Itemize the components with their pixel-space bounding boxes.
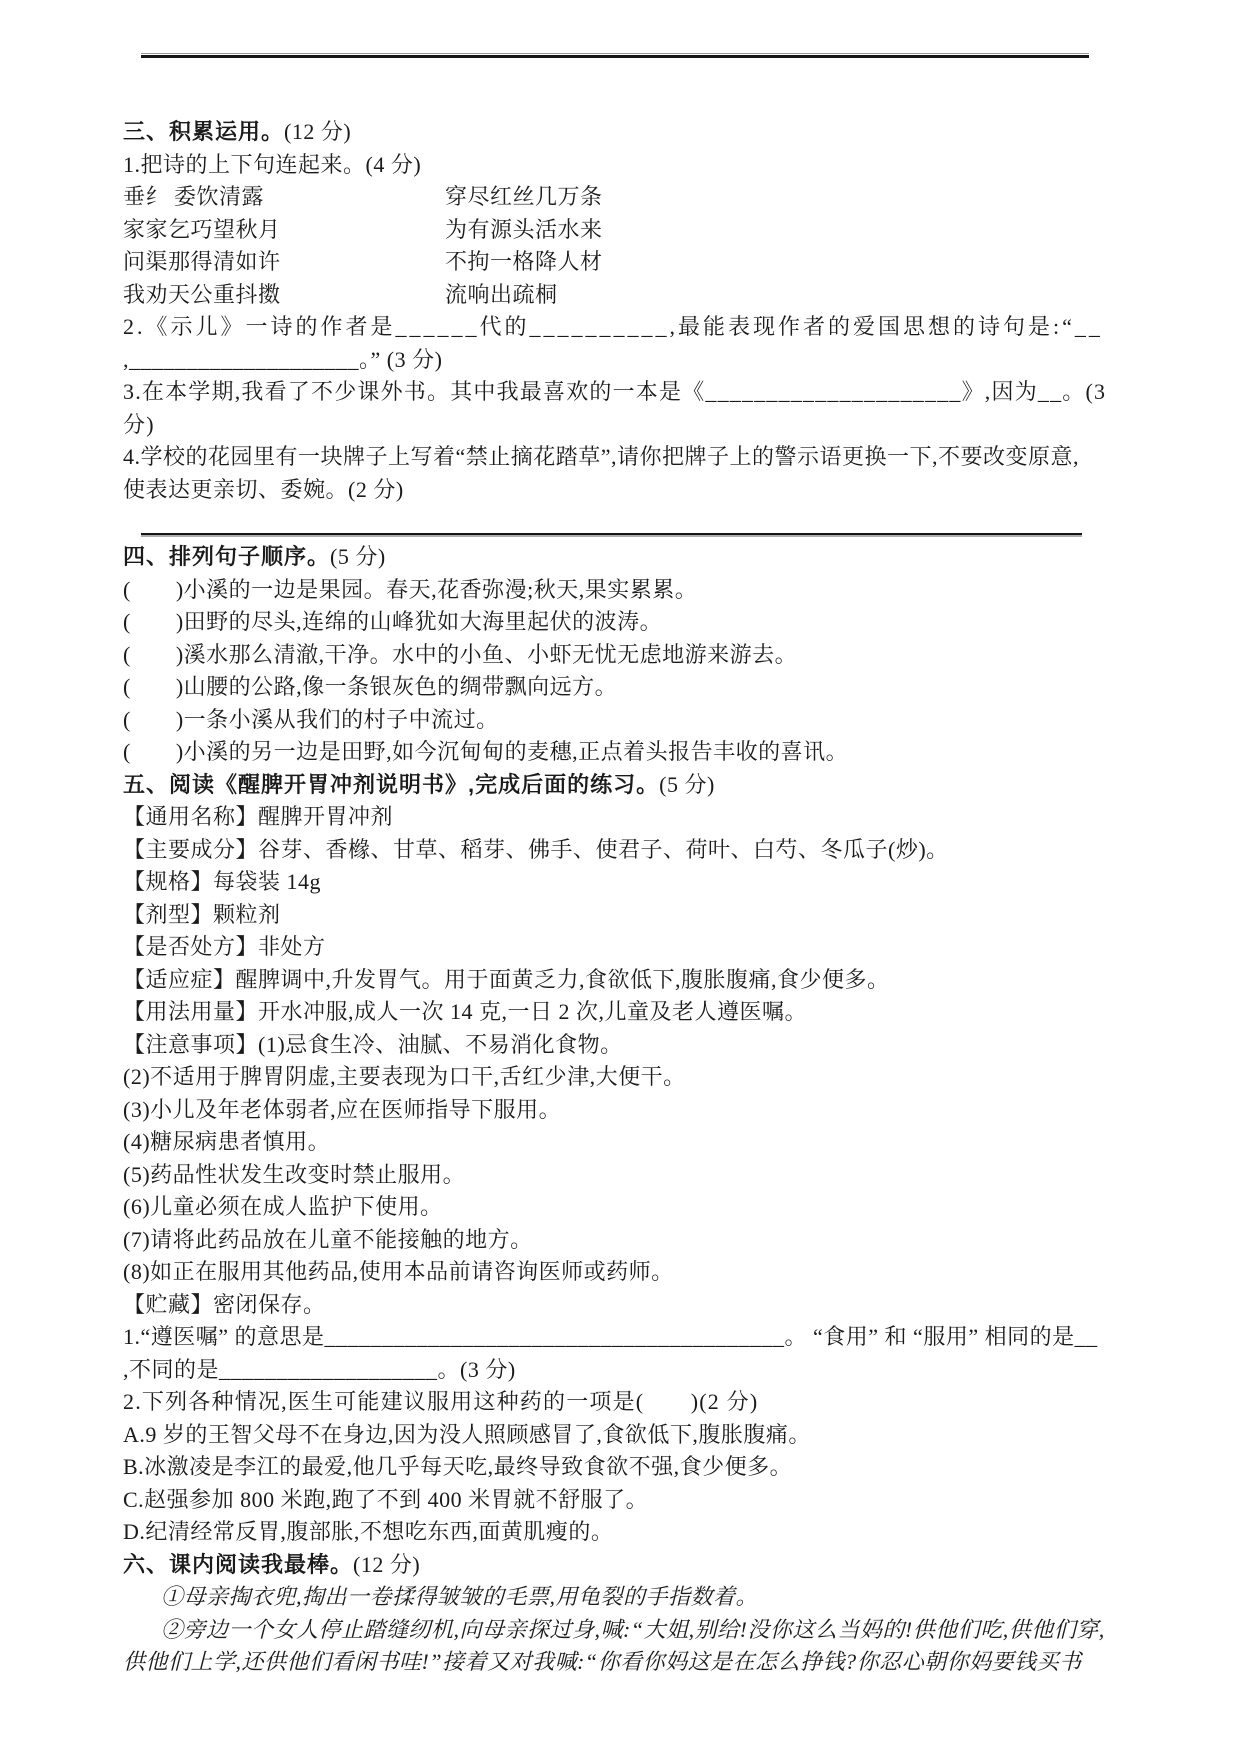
section-4-score: (5 分) <box>330 544 386 569</box>
spec-ingredients: 【主要成分】谷芽、香橼、甘草、稻芽、佛手、使君子、荷叶、白芍、冬瓜子(炒)。 <box>123 834 1115 867</box>
order-item-1: ( )田野的尽头,连绵的山峰犹如大海里起伏的波涛。 <box>123 606 1115 639</box>
section-5-heading: 五、阅读《醒脾开胃冲剂说明书》,完成后面的练习。(5 分) <box>123 769 1115 802</box>
poem-left-2: 问渠那得清如许 <box>123 246 445 279</box>
spec-note-5: (5)药品性状发生改变时禁止服用。 <box>123 1159 1115 1192</box>
order-item-2: ( )溪水那么清澈,干净。水中的小鱼、小虾无忧无虑地游来游去。 <box>123 639 1115 672</box>
page-top-rule <box>141 53 1089 58</box>
section-6-heading: 六、课内阅读我最棒。(12 分) <box>123 1549 1115 1582</box>
poem-right-0: 穿尽红丝几万条 <box>445 184 603 209</box>
spec-note-2: (2)不适用于脾胃阴虚,主要表现为口干,舌红少津,大便干。 <box>123 1061 1115 1094</box>
order-item-0: ( )小溪的一边是果园。春天,花香弥漫;秋天,果实累累。 <box>123 574 1115 607</box>
poem-match-row: 家家乞巧望秋月为有源头活水来 <box>123 214 1115 247</box>
spec-otc: 【是否处方】非处方 <box>123 931 1115 964</box>
q2-line1: 2.《示儿》一诗的作者是______代的__________,最能表现作者的爱国… <box>123 311 1115 344</box>
sec5-option-d: D.纪清经常反胃,腹部胀,不想吃东西,面黄肌瘦的。 <box>123 1516 1115 1549</box>
section-3-title: 三、积累运用。 <box>123 119 284 144</box>
sec5-q1-line2: ,不同的是___________________。(3 分) <box>123 1354 1115 1387</box>
reading-paragraph-2-line2: 供他们上学,还供他们看闲书哇!”接着又对我喊:“你看你妈这是在怎么挣钱?你忍心朝… <box>123 1646 1115 1679</box>
spec-note-1: 【注意事项】(1)忌食生冷、油腻、不易消化食物。 <box>123 1029 1115 1062</box>
order-item-4: ( )一条小溪从我们的村子中流过。 <box>123 704 1115 737</box>
poem-left-0: 垂纟 委饮清露 <box>123 181 445 214</box>
section-3-score: (12 分) <box>284 119 351 144</box>
spec-form: 【剂型】颗粒剂 <box>123 899 1115 932</box>
order-item-3: ( )山腰的公路,像一条银灰色的绸带飘向远方。 <box>123 671 1115 704</box>
q4-line1: 4.学校的花园里有一块牌子上写着“禁止摘花踏草”,请你把牌子上的警示语更换一下,… <box>123 441 1115 474</box>
q4-line2: 使表达更亲切、委婉。(2 分) <box>123 474 1115 507</box>
spec-indications: 【适应症】醒脾调中,升发胃气。用于面黄乏力,食欲低下,腹胀腹痛,食少便多。 <box>123 964 1115 997</box>
poem-left-1: 家家乞巧望秋月 <box>123 214 445 247</box>
sec5-q2: 2.下列各种情况,医生可能建议服用这种药的一项是( )(2 分) <box>123 1386 1115 1419</box>
poem-match-row: 垂纟 委饮清露穿尽红丝几万条 <box>123 181 1115 214</box>
sec5-option-a: A.9 岁的王智父母不在身边,因为没人照顾感冒了,食欲低下,腹胀腹痛。 <box>123 1419 1115 1452</box>
poem-match-row: 问渠那得清如许不拘一格降人材 <box>123 246 1115 279</box>
poem-match-row: 我劝天公重抖擞流响出疏桐 <box>123 279 1115 312</box>
q3-line: 3.在本学期,我看了不少课外书。其中我最喜欢的一本是《_____________… <box>123 376 1115 441</box>
exam-paper: 三、积累运用。(12 分) 1.把诗的上下句连起来。(4 分) 垂纟 委饮清露穿… <box>123 116 1115 1679</box>
sec5-option-b: B.冰激凌是李江的最爱,他几乎每天吃,最终导致食欲不强,食少便多。 <box>123 1451 1115 1484</box>
section-6-score: (12 分) <box>353 1552 420 1577</box>
spec-package: 【规格】每袋装 14g <box>123 866 1115 899</box>
spec-note-6: (6)儿童必须在成人监护下使用。 <box>123 1191 1115 1224</box>
section-4-heading: 四、排列句子顺序。(5 分) <box>123 541 1115 574</box>
poem-right-1: 为有源头活水来 <box>445 217 603 242</box>
reading-paragraph-1: ①母亲掏衣兜,掏出一卷揉得皱皱的毛票,用龟裂的手指数着。 <box>123 1581 1115 1614</box>
section-3-heading: 三、积累运用。(12 分) <box>123 116 1115 149</box>
poem-left-3: 我劝天公重抖擞 <box>123 279 445 312</box>
spec-generic-name: 【通用名称】醒脾开胃冲剂 <box>123 801 1115 834</box>
q1-label: 1.把诗的上下句连起来。(4 分) <box>123 149 1115 182</box>
spec-note-7: (7)请将此药品放在儿童不能接触的地方。 <box>123 1224 1115 1257</box>
spec-note-8: (8)如正在服用其他药品,使用本品前请咨询医师或药师。 <box>123 1256 1115 1289</box>
sec5-q1-line1: 1.“遵医嘱” 的意思是____________________________… <box>123 1321 1115 1354</box>
q2-line2: ,____________________。” (3 分) <box>123 344 1115 377</box>
section-5-title: 五、阅读《醒脾开胃冲剂说明书》,完成后面的练习。 <box>123 772 659 797</box>
section-4-title: 四、排列句子顺序。 <box>123 544 330 569</box>
section-divider-rule <box>141 533 1082 535</box>
reading-paragraph-2-line1: ②旁边一个女人停止踏缝纫机,向母亲探过身,喊:“大姐,别给!没你这么当妈的!供他… <box>123 1614 1115 1647</box>
poem-right-2: 不拘一格降人材 <box>445 249 603 274</box>
sec5-option-c: C.赵强参加 800 米跑,跑了不到 400 米胃就不舒服了。 <box>123 1484 1115 1517</box>
spec-note-4: (4)糖尿病患者慎用。 <box>123 1126 1115 1159</box>
spec-note-3: (3)小儿及年老体弱者,应在医师指导下服用。 <box>123 1094 1115 1127</box>
spec-dosage: 【用法用量】开水冲服,成人一次 14 克,一日 2 次,儿童及老人遵医嘱。 <box>123 996 1115 1029</box>
spec-storage: 【贮藏】密闭保存。 <box>123 1289 1115 1322</box>
poem-right-3: 流响出疏桐 <box>445 282 558 307</box>
section-5-score: (5 分) <box>659 772 715 797</box>
section-6-title: 六、课内阅读我最棒。 <box>123 1552 353 1577</box>
order-item-5: ( )小溪的另一边是田野,如今沉甸甸的麦穗,正点着头报告丰收的喜讯。 <box>123 736 1115 769</box>
